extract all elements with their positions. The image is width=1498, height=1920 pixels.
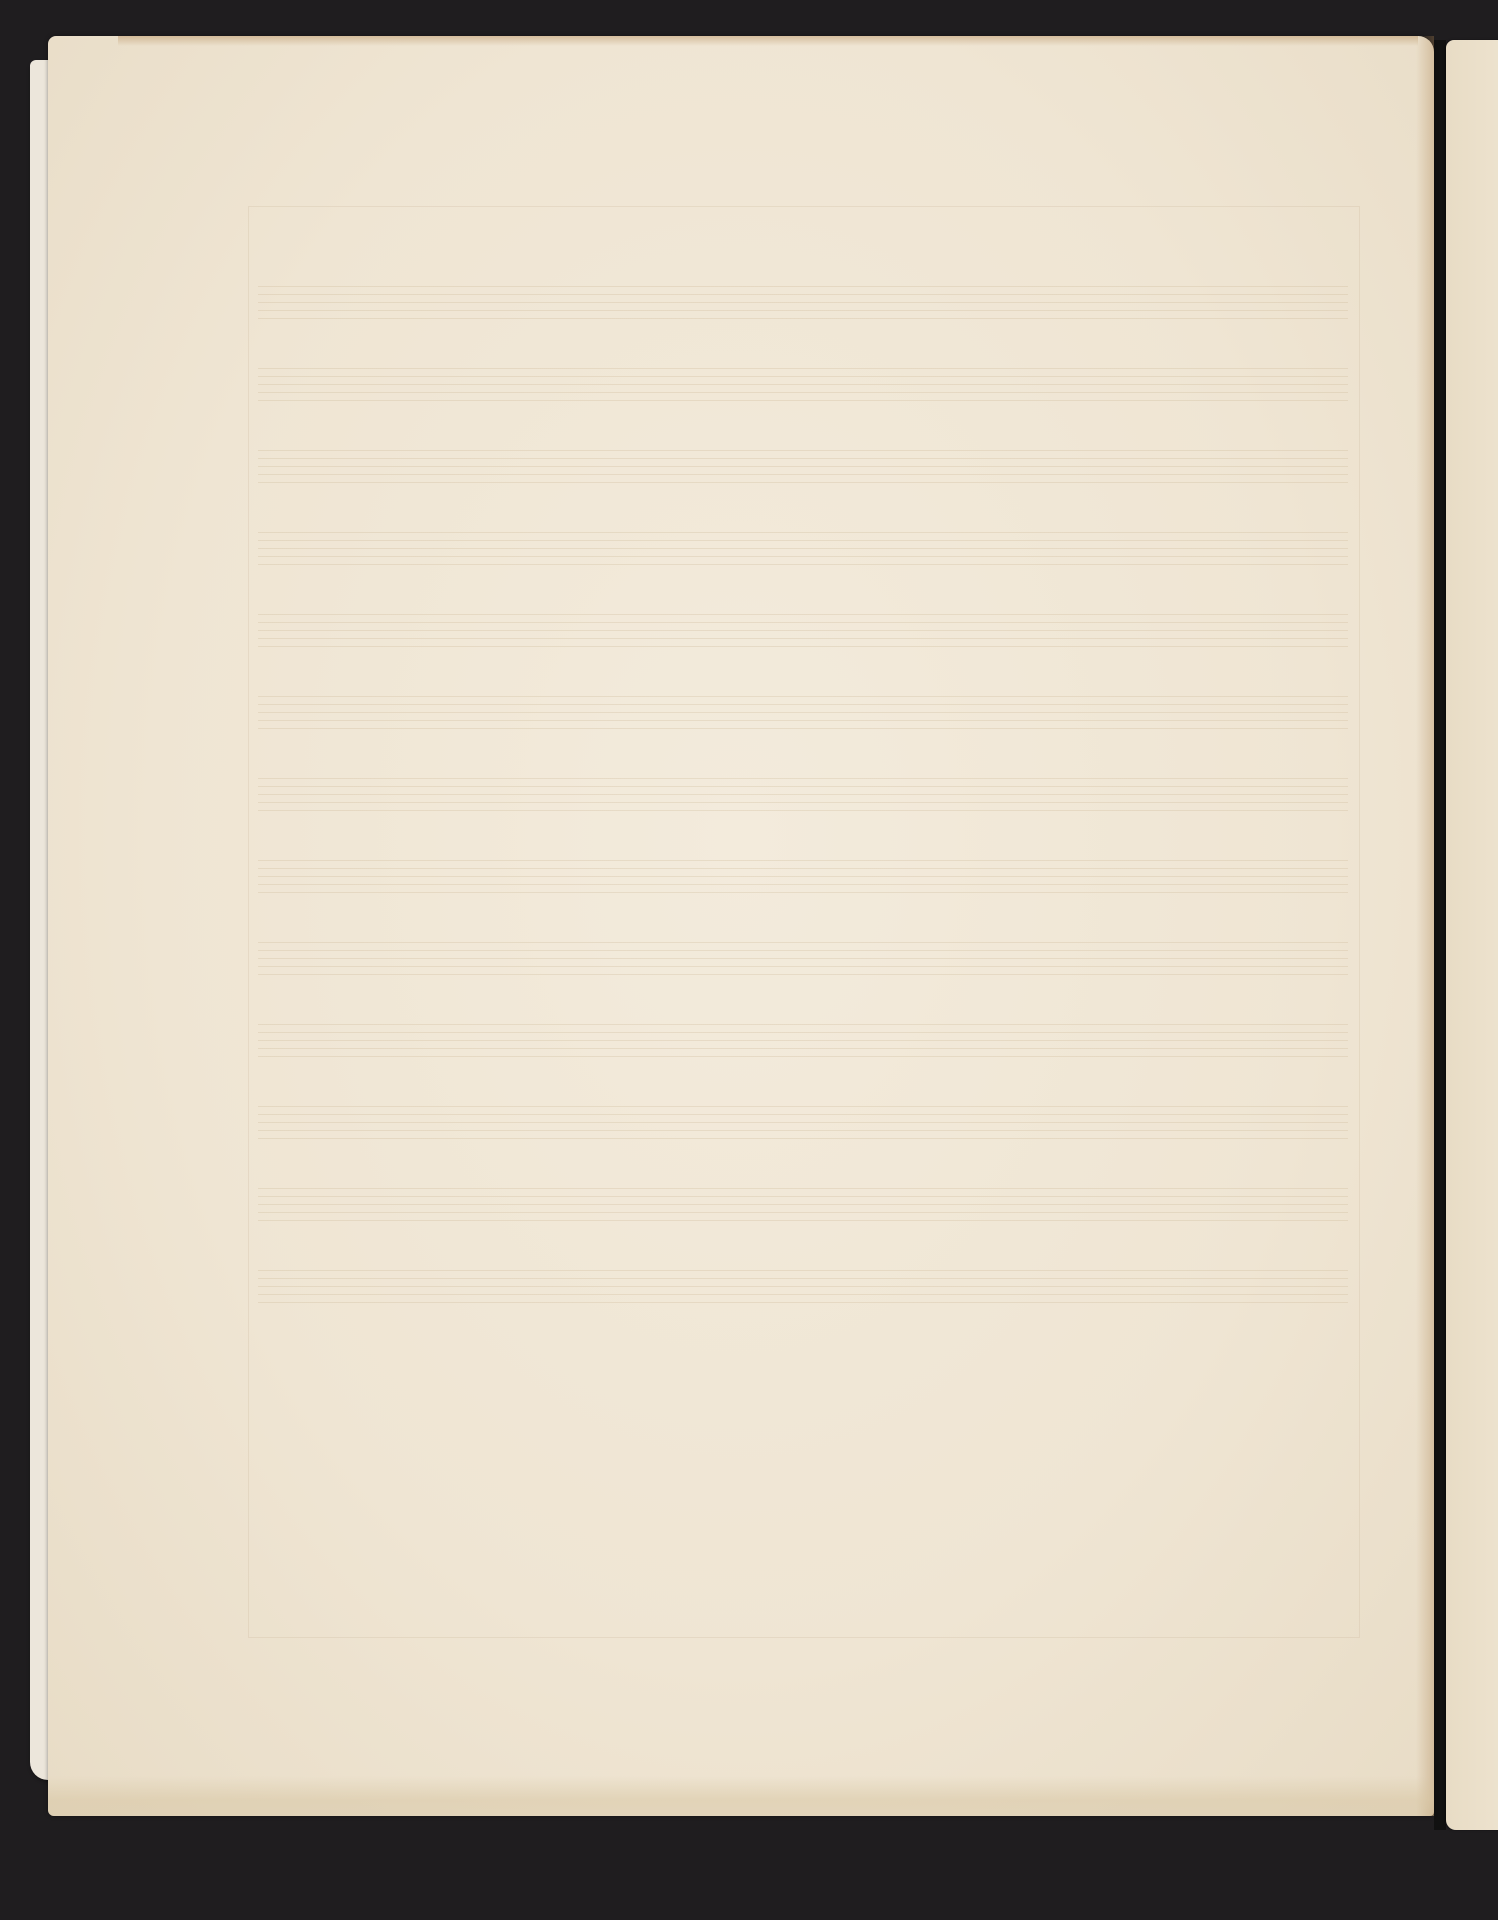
staff-ghost bbox=[258, 450, 1348, 486]
paper-page bbox=[48, 36, 1434, 1816]
staff-ghost bbox=[258, 532, 1348, 568]
staff-ghost bbox=[258, 1024, 1348, 1060]
plate-mark bbox=[248, 206, 1360, 1638]
staff-ghost bbox=[258, 942, 1348, 978]
staff-ghost bbox=[258, 1106, 1348, 1142]
edge-stain-top bbox=[118, 36, 1418, 46]
binding-gutter bbox=[1434, 40, 1446, 1830]
staff-ghost bbox=[258, 614, 1348, 650]
staff-ghost bbox=[258, 696, 1348, 732]
staff-ghost bbox=[258, 778, 1348, 814]
staff-ghost bbox=[258, 1188, 1348, 1224]
staff-ghost bbox=[258, 860, 1348, 896]
staff-ghost bbox=[258, 1270, 1348, 1306]
staff-ghost bbox=[258, 368, 1348, 404]
edge-stain-right bbox=[1416, 36, 1434, 1816]
staff-ghost bbox=[258, 286, 1348, 322]
adjacent-page bbox=[1446, 40, 1498, 1830]
